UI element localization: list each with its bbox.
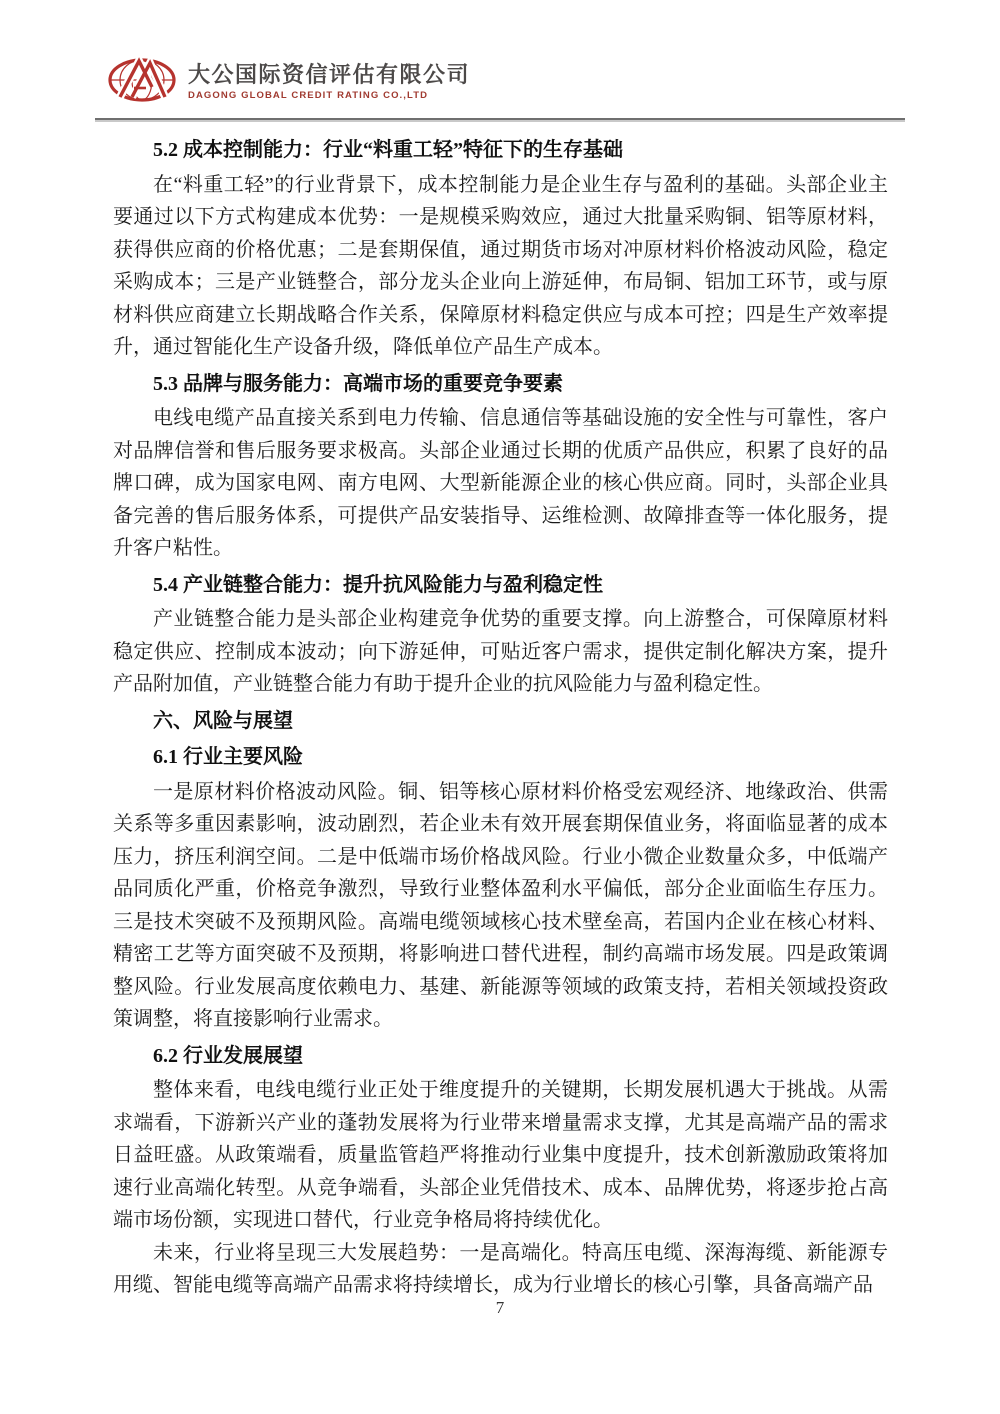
- section-heading: 5.3 品牌与服务能力：高端市场的重要竞争要素: [113, 368, 888, 401]
- section-heading: 5.4 产业链整合能力：提升抗风险能力与盈利稳定性: [113, 569, 888, 602]
- dagong-logo: 大公国际资信评估有限公司 DAGONG GLOBAL CREDIT RATING…: [106, 56, 1000, 109]
- company-name-cn: 大公国际资信评估有限公司: [188, 63, 470, 87]
- section-heading: 6.2 行业发展展望: [113, 1040, 888, 1073]
- report-header: 大公国际资信评估有限公司 DAGONG GLOBAL CREDIT RATING…: [0, 0, 1000, 122]
- dagong-globe-icon: [106, 56, 178, 109]
- paragraph: 未来，行业将呈现三大发展趋势：一是高端化。特高压电缆、深海海缆、新能源专用缆、智…: [113, 1237, 888, 1302]
- company-name-en: DAGONG GLOBAL CREDIT RATING CO.,LTD: [188, 89, 470, 102]
- paragraph: 一是原材料价格波动风险。铜、铝等核心原材料价格受宏观经济、地缘政治、供需关系等多…: [113, 776, 888, 1036]
- paragraph: 电线电缆产品直接关系到电力传输、信息通信等基础设施的安全性与可靠性，客户对品牌信…: [113, 402, 888, 565]
- company-name-block: 大公国际资信评估有限公司 DAGONG GLOBAL CREDIT RATING…: [188, 63, 470, 102]
- paragraph: 产业链整合能力是头部企业构建竞争优势的重要支撑。向上游整合，可保障原材料稳定供应…: [113, 603, 888, 701]
- page-footer: 7: [0, 1298, 1000, 1318]
- section-heading: 5.2 成本控制能力：行业“料重工轻”特征下的生存基础: [113, 134, 888, 167]
- paragraph: 在“料重工轻”的行业背景下，成本控制能力是企业生存与盈利的基础。头部企业主要通过…: [113, 169, 888, 364]
- paragraph: 整体来看，电线电缆行业正处于维度提升的关键期，长期发展机遇大于挑战。从需求端看，…: [113, 1074, 888, 1237]
- header-rule: [95, 118, 905, 122]
- document-page: 大公国际资信评估有限公司 DAGONG GLOBAL CREDIT RATING…: [0, 0, 1000, 1414]
- page-number: 7: [496, 1298, 505, 1317]
- section-heading: 六、风险与展望: [113, 705, 888, 738]
- section-heading: 6.1 行业主要风险: [113, 741, 888, 774]
- document-body: 5.2 成本控制能力：行业“料重工轻”特征下的生存基础在“料重工轻”的行业背景下…: [113, 134, 888, 1302]
